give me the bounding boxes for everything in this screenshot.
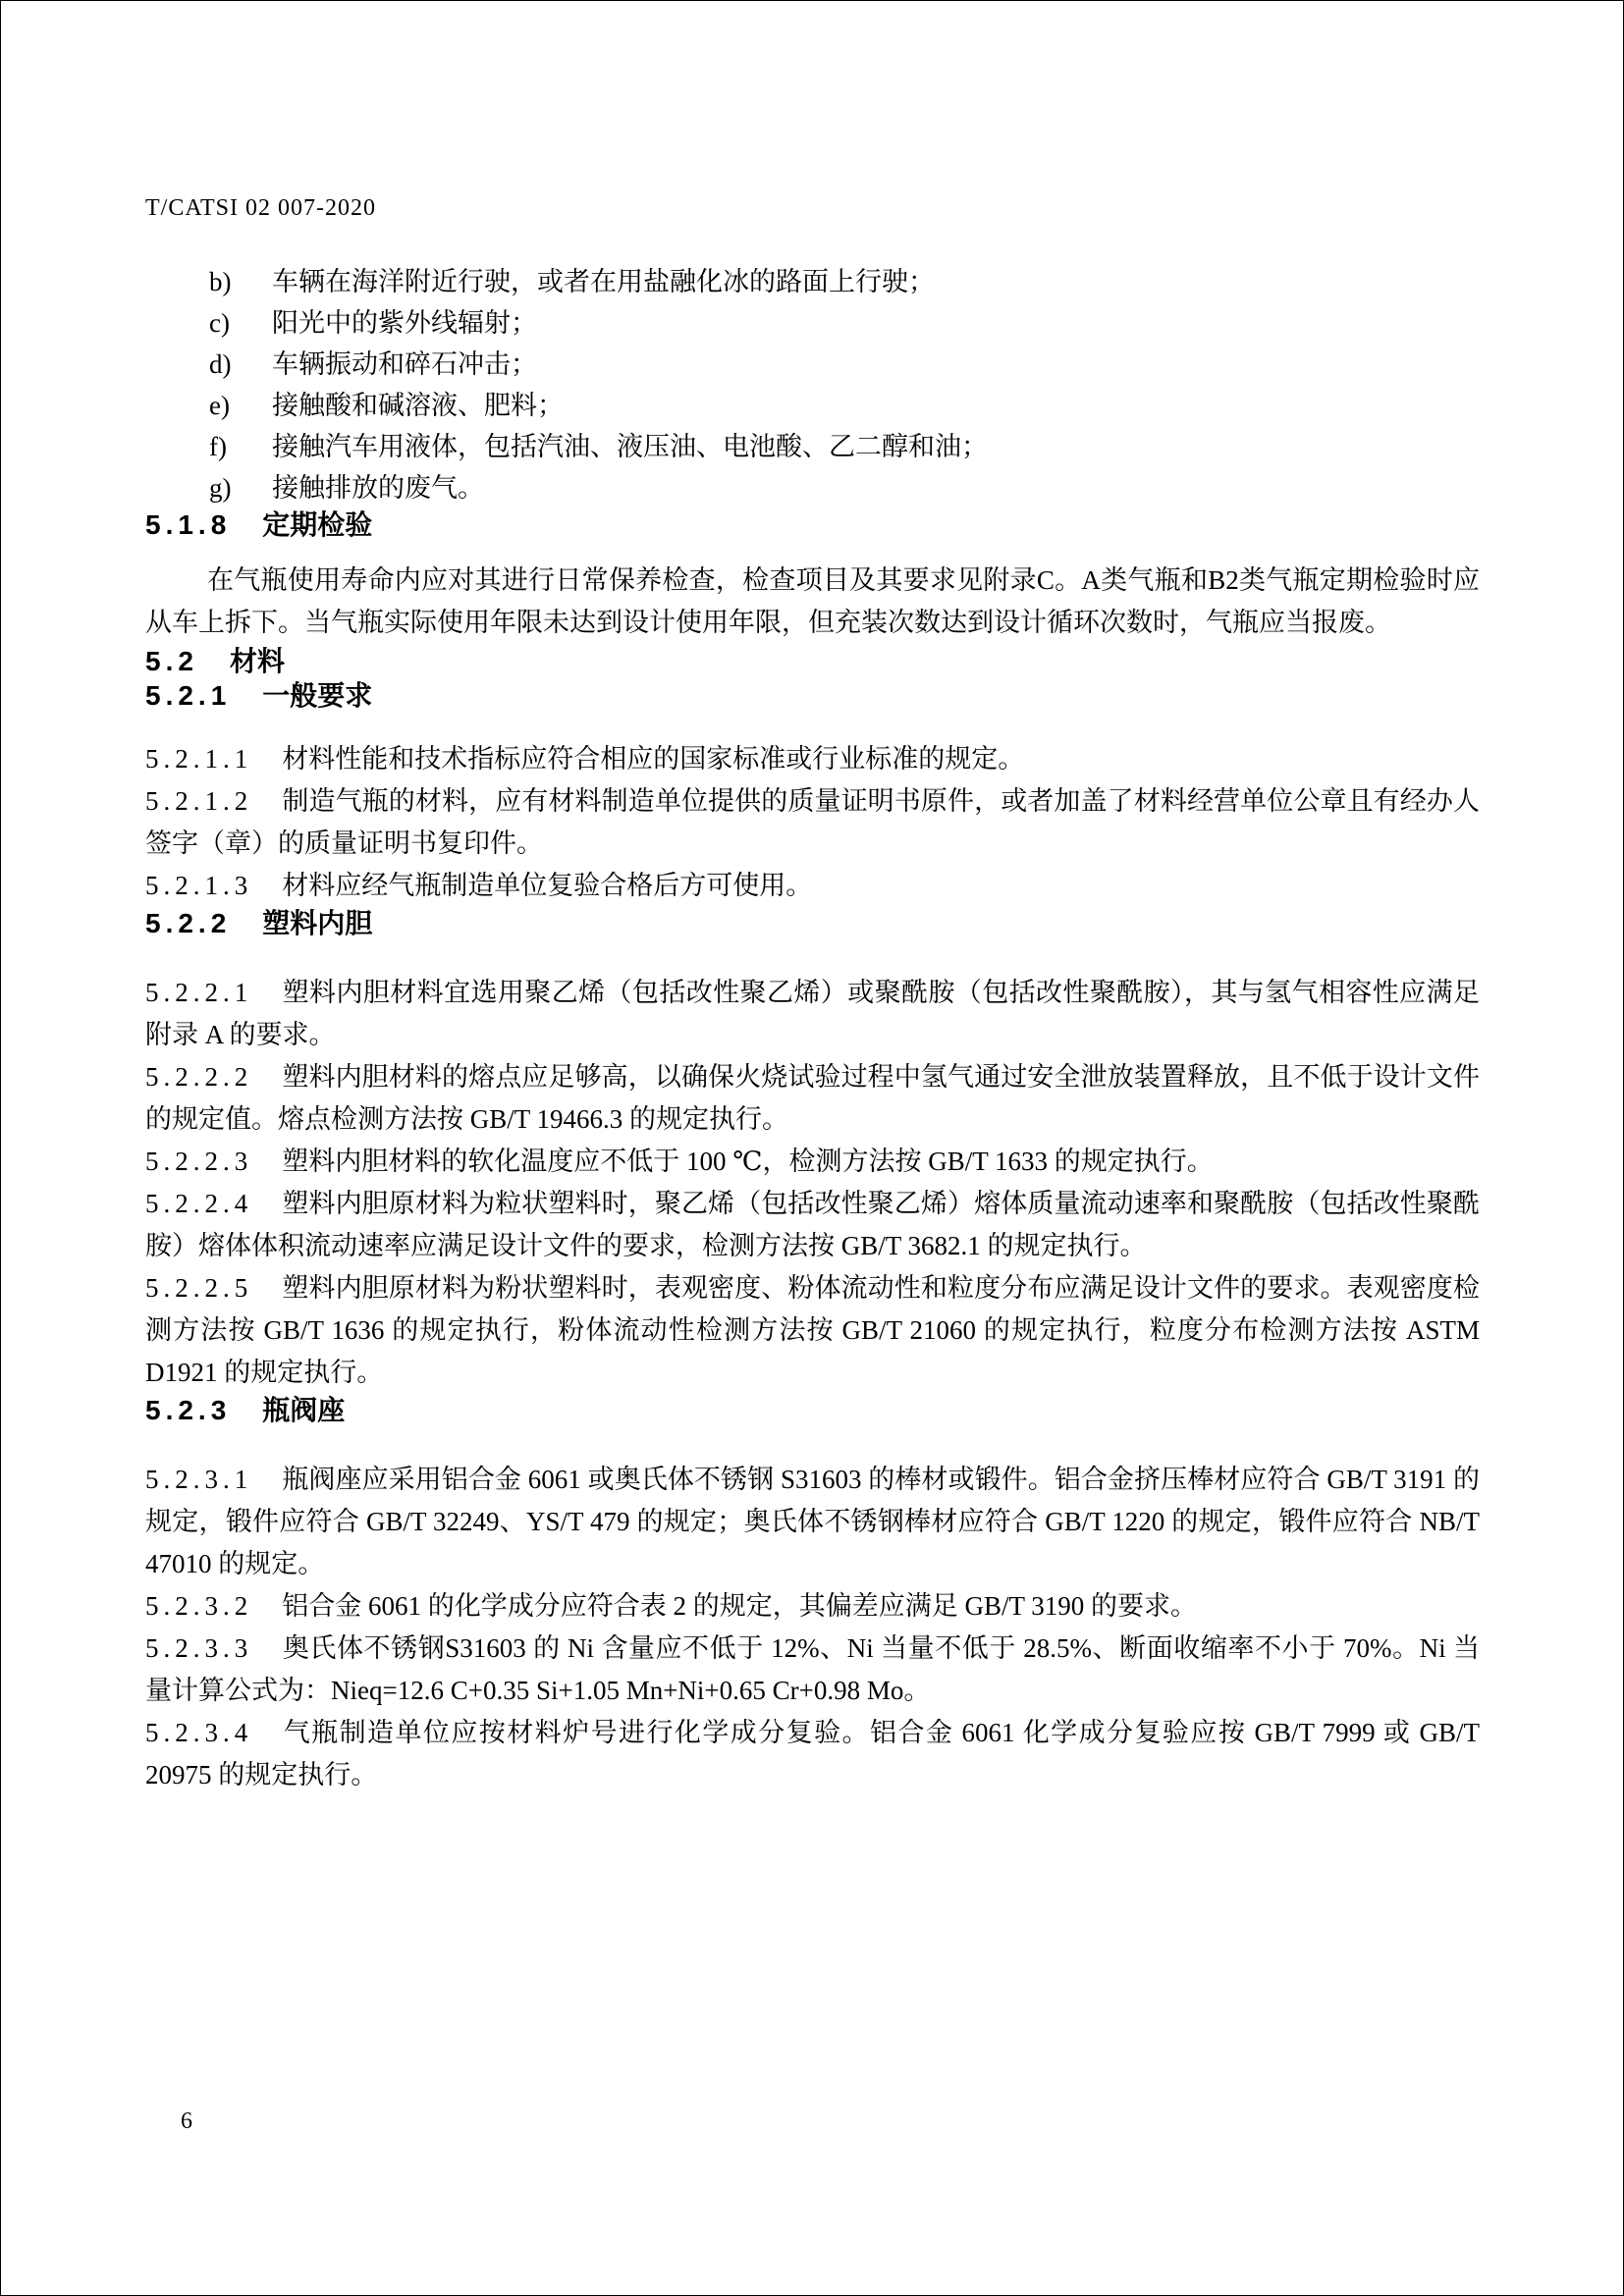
list-item-text: 车辆振动和碎石冲击； [272, 349, 537, 379]
section-number: 5.2.1 [145, 680, 231, 711]
list-item: b)车辆在海洋附近行驶，或者在用盐融化冰的路面上行驶； [145, 261, 1480, 302]
list-item-text: 接触酸和碱溶液、肥料； [272, 391, 564, 420]
clause-5-2-1-3: 5.2.1.3材料应经气瓶制造单位复验合格后方可使用。 [145, 865, 1480, 907]
list-item-text: 接触汽车用液体，包括汽油、液压油、电池酸、乙二醇和油； [272, 432, 988, 461]
section-title: 定期检验 [262, 509, 372, 540]
clause-number: 5.2.2.1 [145, 978, 252, 1007]
list-item-label: b) [209, 261, 272, 302]
list-item: e)接触酸和碱溶液、肥料； [145, 385, 1480, 426]
clause-number: 5.2.3.2 [145, 1591, 252, 1621]
section-number: 5.2.2 [145, 908, 231, 938]
clause-text: 气瓶制造单位应按材料炉号进行化学成分复验。铝合金 6061 化学成分复验应按 G… [145, 1718, 1480, 1789]
paragraph-5-1-8: 在气瓶使用寿命内应对其进行日常保养检查，检查项目及其要求见附录C。A类气瓶和B2… [145, 560, 1480, 644]
section-heading-5-2-2: 5.2.2塑料内胆 [145, 907, 1480, 940]
clause-text: 塑料内胆材料的熔点应足够高，以确保火烧试验过程中氢气通过安全泄放装置释放，且不低… [145, 1062, 1480, 1134]
clause-text: 材料性能和技术指标应符合相应的国家标准或行业标准的规定。 [282, 744, 1024, 774]
clause-text: 制造气瓶的材料，应有材料制造单位提供的质量证明书原件，或者加盖了材料经营单位公章… [145, 786, 1480, 858]
clause-number: 5.2.3.3 [145, 1633, 252, 1663]
section-number: 5.2 [145, 646, 198, 676]
clause-5-2-3-1: 5.2.3.1瓶阀座应采用铝合金 6061 或奥氏体不锈钢 S31603 的棒材… [145, 1459, 1480, 1585]
clause-5-2-1-1: 5.2.1.1材料性能和技术指标应符合相应的国家标准或行业标准的规定。 [145, 738, 1480, 780]
list-item-text: 阳光中的紫外线辐射； [272, 308, 537, 338]
list-item-text: 车辆在海洋附近行驶，或者在用盐融化冰的路面上行驶； [272, 267, 935, 296]
list-item-label: f) [209, 426, 272, 467]
doc-code-header: T/CATSI 02 007-2020 [145, 194, 1480, 222]
section-number: 5.1.8 [145, 509, 231, 540]
list-item-label: d) [209, 344, 272, 385]
list-item-label: c) [209, 302, 272, 344]
section-heading-5-2-1: 5.2.1一般要求 [145, 679, 1480, 713]
clause-number: 5.2.2.4 [145, 1189, 252, 1218]
clause-text: 材料应经气瓶制造单位复验合格后方可使用。 [282, 871, 812, 900]
clauses-5-2-3: 5.2.3.1瓶阀座应采用铝合金 6061 或奥氏体不锈钢 S31603 的棒材… [145, 1459, 1480, 1796]
clauses-5-2-2: 5.2.2.1塑料内胆材料宜选用聚乙烯（包括改性聚乙烯）或聚酰胺（包括改性聚酰胺… [145, 972, 1480, 1394]
clause-number: 5.2.3.4 [145, 1718, 252, 1747]
section-number: 5.2.3 [145, 1395, 231, 1425]
clause-text: 塑料内胆原材料为粒状塑料时，聚乙烯（包括改性聚乙烯）熔体质量流动速率和聚酰胺（包… [145, 1189, 1480, 1260]
exposure-conditions-list: b)车辆在海洋附近行驶，或者在用盐融化冰的路面上行驶； c)阳光中的紫外线辐射；… [145, 261, 1480, 508]
page-content: T/CATSI 02 007-2020 b)车辆在海洋附近行驶，或者在用盐融化冰… [145, 1, 1480, 1796]
list-item: c)阳光中的紫外线辐射； [145, 302, 1480, 344]
clause-text: 塑料内胆原材料为粉状塑料时，表观密度、粉体流动性和粒度分布应满足设计文件的要求。… [145, 1273, 1480, 1387]
clause-5-2-2-2: 5.2.2.2塑料内胆材料的熔点应足够高，以确保火烧试验过程中氢气通过安全泄放装… [145, 1056, 1480, 1141]
clause-5-2-1-2: 5.2.1.2制造气瓶的材料，应有材料制造单位提供的质量证明书原件，或者加盖了材… [145, 780, 1480, 865]
clause-5-2-2-1: 5.2.2.1塑料内胆材料宜选用聚乙烯（包括改性聚乙烯）或聚酰胺（包括改性聚酰胺… [145, 972, 1480, 1056]
clause-5-2-2-3: 5.2.2.3塑料内胆材料的软化温度应不低于 100 ℃，检测方法按 GB/T … [145, 1141, 1480, 1183]
list-item: f)接触汽车用液体，包括汽油、液压油、电池酸、乙二醇和油； [145, 426, 1480, 467]
clause-number: 5.2.1.3 [145, 871, 252, 900]
page-number: 6 [181, 2108, 192, 2135]
clause-number: 5.2.2.3 [145, 1147, 252, 1176]
clause-5-2-2-5: 5.2.2.5塑料内胆原材料为粉状塑料时，表观密度、粉体流动性和粒度分布应满足设… [145, 1267, 1480, 1394]
clause-5-2-2-4: 5.2.2.4塑料内胆原材料为粒状塑料时，聚乙烯（包括改性聚乙烯）熔体质量流动速… [145, 1183, 1480, 1267]
clause-number: 5.2.2.2 [145, 1062, 252, 1092]
clause-number: 5.2.2.5 [145, 1273, 252, 1303]
section-title: 一般要求 [262, 680, 372, 711]
clause-number: 5.2.1.2 [145, 786, 252, 816]
list-item: d)车辆振动和碎石冲击； [145, 344, 1480, 385]
clause-text: 奥氏体不锈钢S31603 的 Ni 含量应不低于 12%、Ni 当量不低于 28… [145, 1633, 1480, 1705]
clauses-5-2-1: 5.2.1.1材料性能和技术指标应符合相应的国家标准或行业标准的规定。 5.2.… [145, 738, 1480, 907]
section-heading-5-2-3: 5.2.3瓶阀座 [145, 1394, 1480, 1427]
section-heading-5-1-8: 5.1.8定期检验 [145, 508, 1480, 542]
clause-text: 塑料内胆材料宜选用聚乙烯（包括改性聚乙烯）或聚酰胺（包括改性聚酰胺），其与氢气相… [145, 978, 1480, 1049]
clause-5-2-3-2: 5.2.3.2铝合金 6061 的化学成分应符合表 2 的规定，其偏差应满足 G… [145, 1585, 1480, 1628]
clause-text: 塑料内胆材料的软化温度应不低于 100 ℃，检测方法按 GB/T 1633 的规… [282, 1147, 1213, 1176]
section-title: 塑料内胆 [262, 908, 372, 938]
clause-5-2-3-4: 5.2.3.4气瓶制造单位应按材料炉号进行化学成分复验。铝合金 6061 化学成… [145, 1712, 1480, 1796]
clause-text: 瓶阀座应采用铝合金 6061 或奥氏体不锈钢 S31603 的棒材或锻件。铝合金… [145, 1465, 1480, 1578]
list-item: g)接触排放的废气。 [145, 467, 1480, 508]
clause-5-2-3-3: 5.2.3.3奥氏体不锈钢S31603 的 Ni 含量应不低于 12%、Ni 当… [145, 1628, 1480, 1712]
section-title: 瓶阀座 [262, 1395, 345, 1425]
clause-text: 铝合金 6061 的化学成分应符合表 2 的规定，其偏差应满足 GB/T 319… [282, 1591, 1197, 1621]
clause-number: 5.2.3.1 [145, 1465, 252, 1494]
list-item-label: e) [209, 385, 272, 426]
clause-number: 5.2.1.1 [145, 744, 252, 774]
list-item-text: 接触排放的废气。 [272, 473, 484, 503]
document-page: T/CATSI 02 007-2020 b)车辆在海洋附近行驶，或者在用盐融化冰… [0, 0, 1624, 2296]
section-title: 材料 [230, 646, 285, 676]
list-item-label: g) [209, 467, 272, 508]
section-heading-5-2: 5.2材料 [145, 644, 1480, 679]
